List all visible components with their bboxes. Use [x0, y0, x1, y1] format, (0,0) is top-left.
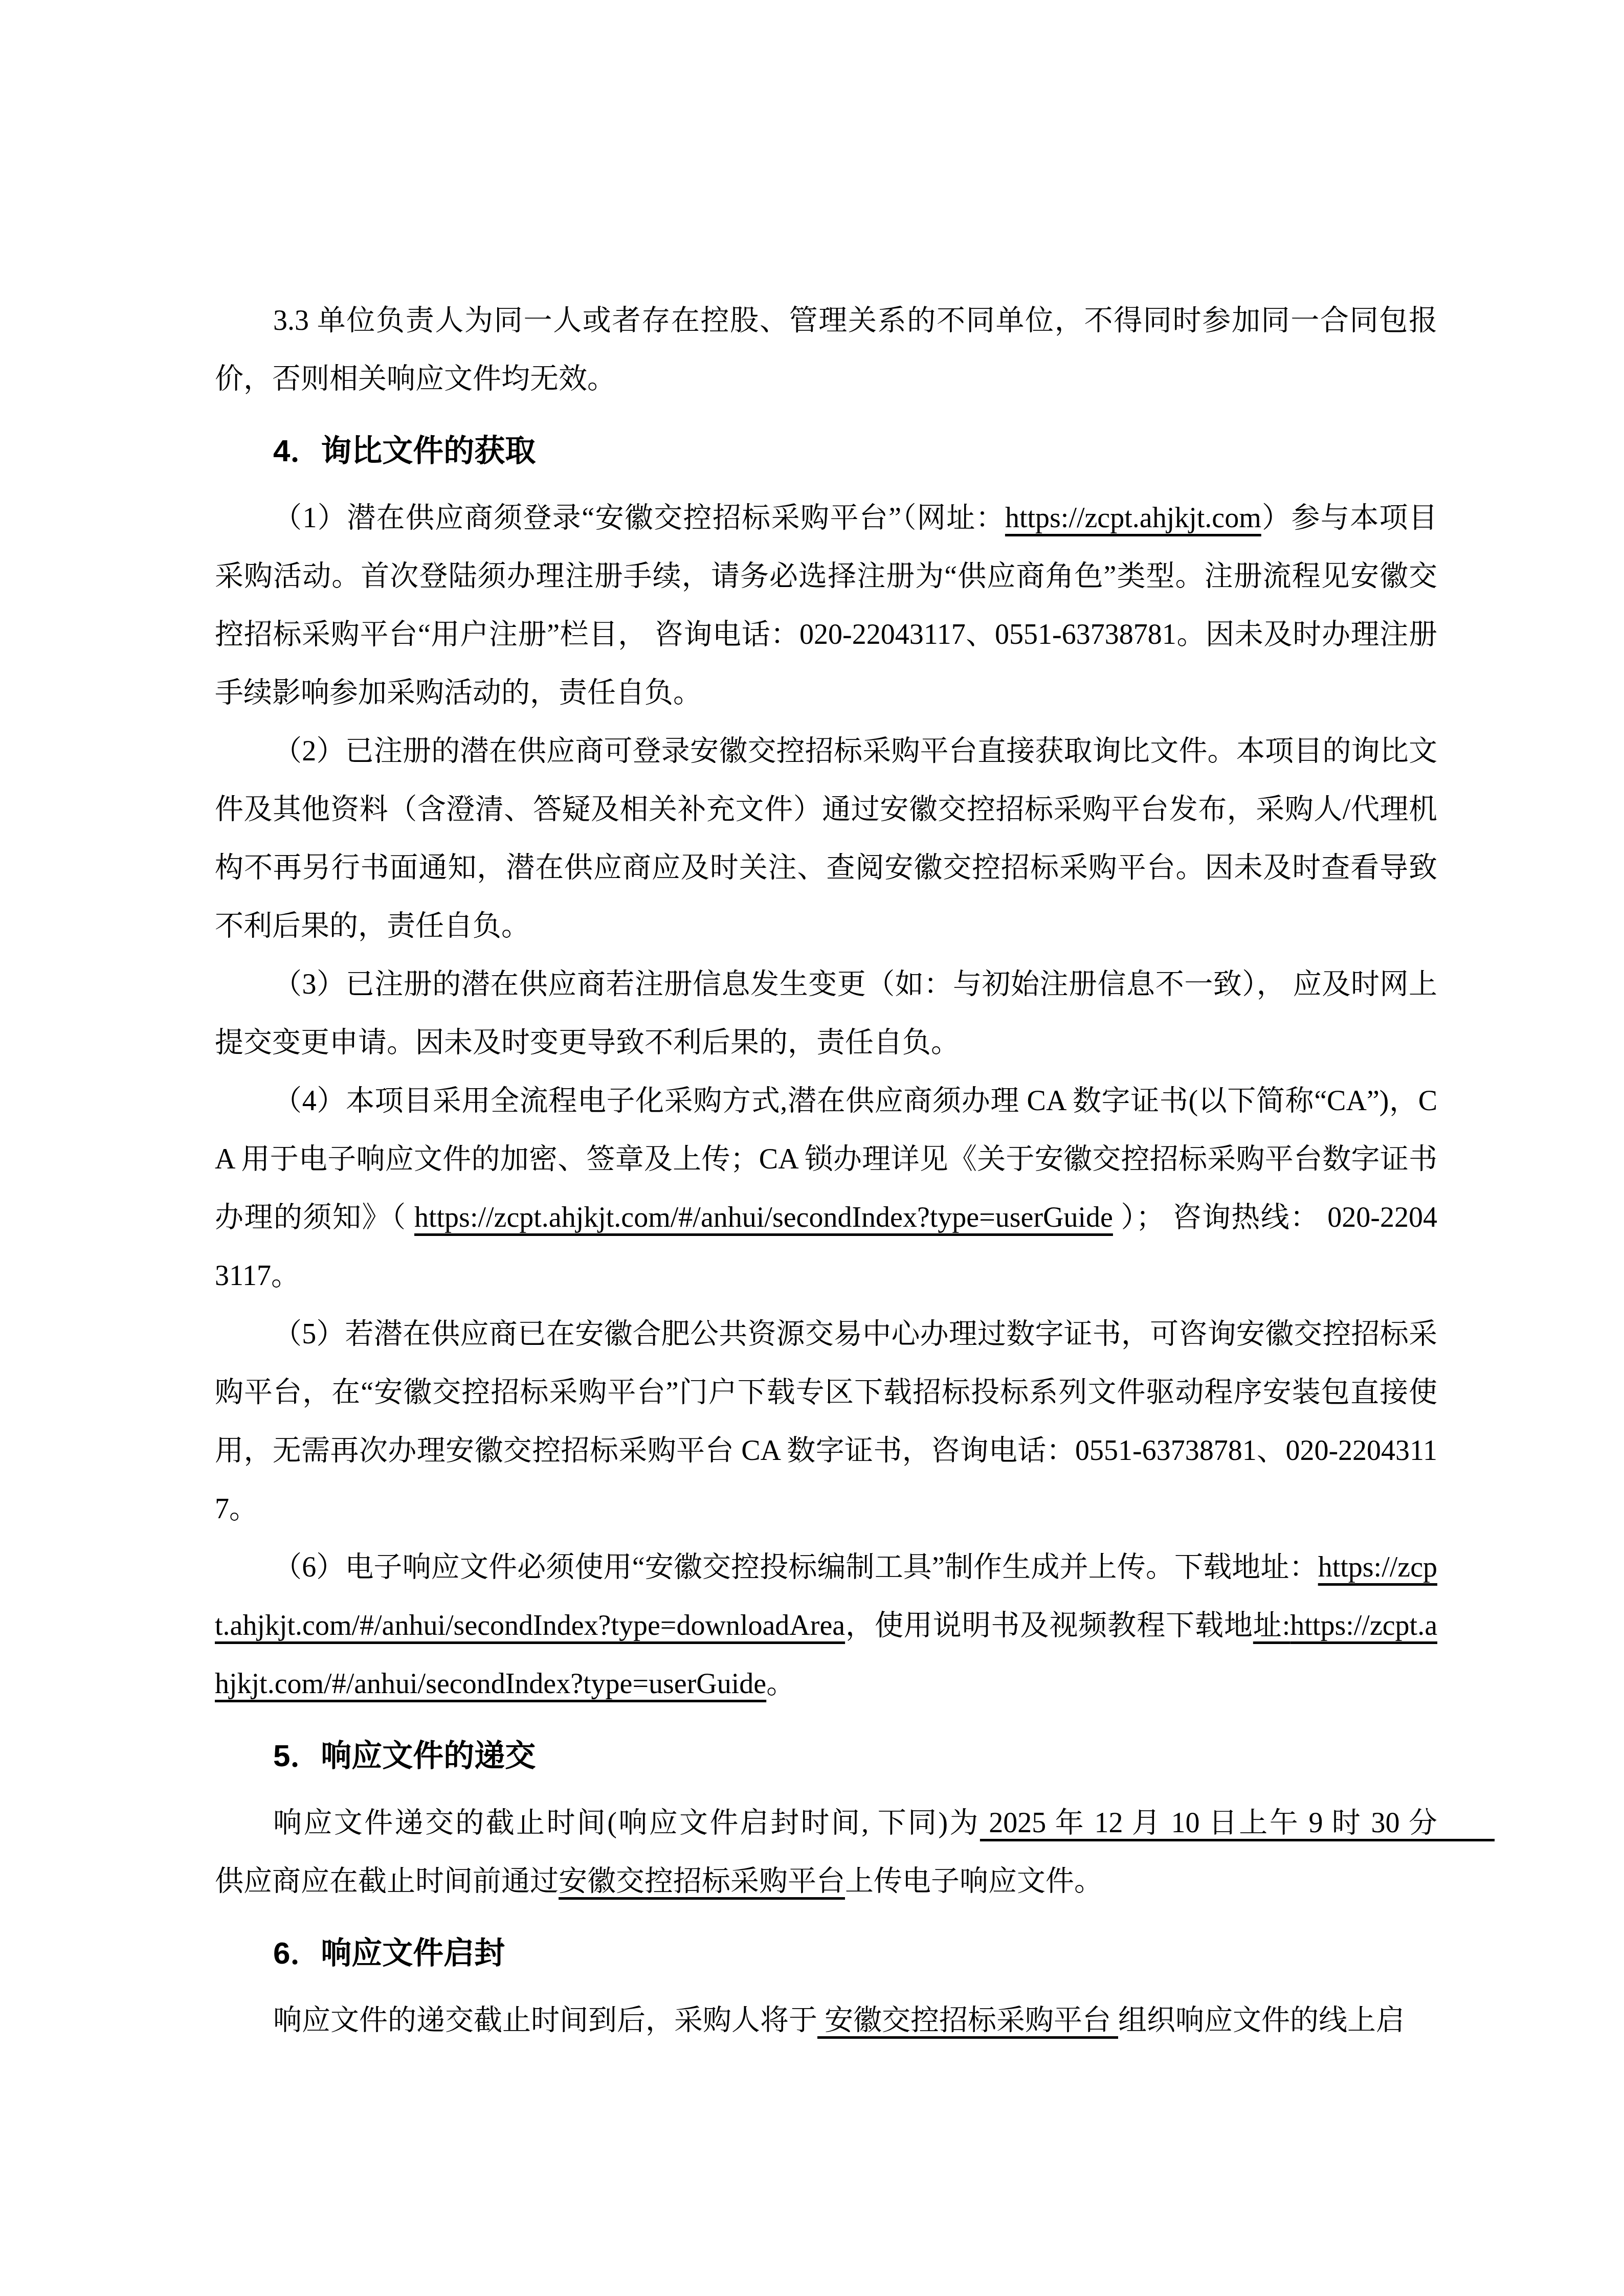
para-registration-login: （1）潜在供应商须登录“安徽交控招标采购平台”（网址：https://zcpt.…	[215, 489, 1437, 722]
text-run: 上传电子响应文件。	[845, 1865, 1103, 1897]
text-run: 。	[766, 1668, 795, 1700]
text-run: 安徽交控招标采购平台	[559, 1865, 845, 1897]
para-ca-certificate: （4）本项目采用全流程电子化采购方式,潜在供应商须办理 CA 数字证书(以下简称…	[215, 1072, 1437, 1305]
para-submission-deadline: 响应文件递交的截止时间(响应文件启封时间, 下同)为 2025 年 12 月 1…	[215, 1794, 1437, 1910]
text-run: 3.3 单位负责人为同一人或者存在控股、管理关系的不同单位，不得同时参加同一合同…	[215, 305, 1437, 395]
para-3-3: 3.3 单位负责人为同一人或者存在控股、管理关系的不同单位，不得同时参加同一合同…	[215, 291, 1437, 408]
section-5-heading: 5．响应文件的递交	[215, 1725, 1437, 1787]
para-bidding-tool: （6）电子响应文件必须使用“安徽交控投标编制工具”制作生成并上传。下载地址：ht…	[215, 1538, 1437, 1713]
text-run: 址:	[1253, 1610, 1290, 1641]
text-run: 组织响应文件的线上启	[1118, 2005, 1405, 2036]
text-run: 安徽交控招标采购平台	[817, 2005, 1118, 2036]
para-document-acquisition: （2）已注册的潜在供应商可登录安徽交控招标采购平台直接获取询比文件。本项目的询比…	[215, 722, 1437, 955]
text-run: （3）已注册的潜在供应商若注册信息发生变更（如：与初始注册信息不一致）， 应及时…	[215, 969, 1437, 1059]
section-4-heading: 4．询比文件的获取	[215, 420, 1437, 482]
text-run: （1）潜在供应商须登录“安徽交控招标采购平台”（网址：	[273, 502, 1005, 534]
para-info-change: （3）已注册的潜在供应商若注册信息发生变更（如：与初始注册信息不一致）， 应及时…	[215, 955, 1437, 1072]
text-run: 响应文件递交的截止时间(响应文件启封时间, 下同)为	[273, 1807, 980, 1839]
text-run: 响应文件的递交截止时间到后，采购人将于	[273, 2005, 817, 2036]
link-url[interactable]: https://zcpt.ahjkjt.com	[1005, 502, 1261, 534]
link-url[interactable]: https://zcpt.ahjkjt.com/#/anhui/secondIn…	[414, 1202, 1113, 1233]
text-run: （5）若潜在供应商已在安徽合肥公共资源交易中心办理过数字证书，可咨询安徽交控招标…	[215, 1318, 1437, 1525]
text-run: （2）已注册的潜在供应商可登录安徽交控招标采购平台直接获取询比文件。本项目的询比…	[215, 735, 1437, 942]
text-run: （6）电子响应文件必须使用“安徽交控投标编制工具”制作生成并上传。下载地址：	[273, 1551, 1318, 1583]
text-run: ，使用说明书及视频教程下载地	[845, 1610, 1253, 1641]
text-run: 供应商应在截止时间前通过	[215, 1865, 559, 1897]
para-hefei-ca-reuse: （5）若潜在供应商已在安徽合肥公共资源交易中心办理过数字证书，可咨询安徽交控招标…	[215, 1305, 1437, 1538]
para-unsealing: 响应文件的递交截止时间到后，采购人将于 安徽交控招标采购平台 组织响应文件的线上…	[215, 1991, 1437, 2050]
text-run: 2025 年 12 月 10 日上午 9 时 30 分	[980, 1807, 1495, 1839]
document-page: 3.3 单位负责人为同一人或者存在控股、管理关系的不同单位，不得同时参加同一合同…	[0, 0, 1624, 2296]
section-6-heading: 6．响应文件启封	[215, 1923, 1437, 1984]
